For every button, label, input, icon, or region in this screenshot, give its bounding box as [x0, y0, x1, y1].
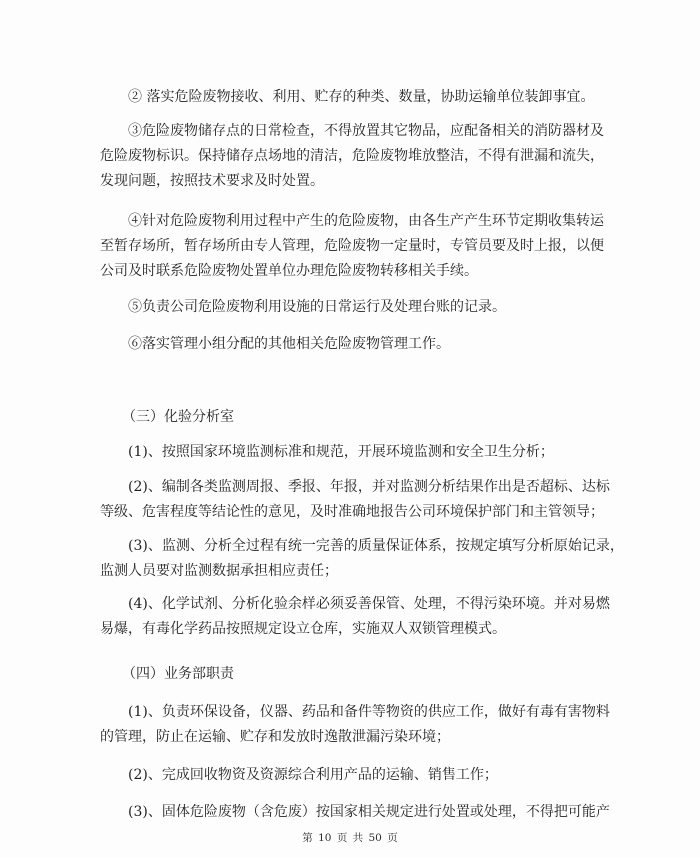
page-number-footer: 第 10 页 共 50 页 — [0, 830, 700, 846]
text-line: ⑤负责公司危险废物利用设施的日常运行及处理台账的记录。 — [100, 295, 597, 320]
section-heading-lab: （三）化验分析室 — [122, 405, 234, 430]
text-line: (3)、监测、分析全过程有统一完善的质量保证体系，按规定填写分析原始记录， — [100, 534, 597, 559]
text-line: 发现问题，按照技术要求及时处置。 — [100, 169, 597, 194]
text-line: (2)、完成回收物资及资源综合利用产品的运输、销售工作； — [100, 763, 597, 788]
text-line: ⑥落实管理小组分配的其他相关危险废物管理工作。 — [100, 332, 597, 357]
text-line: (2)、编制各类监测周报、季报、年报，并对监测分析结果作出是否超标、达标 — [100, 475, 597, 500]
paragraph-item-4: ④针对危险废物利用过程中产生的危险废物，由各生产产生环节定期收集转运 至暂存场所… — [100, 209, 597, 284]
section4-item-1: (1)、负责环保设备，仪器、药品和备件等物资的供应工作，做好有毒有害物料 的管理… — [100, 700, 597, 750]
section3-item-3: (3)、监测、分析全过程有统一完善的质量保证体系，按规定填写分析原始记录， 监测… — [100, 534, 597, 584]
text-line: (1)、按照国家环境监测标准和规范，开展环境监测和安全卫生分析； — [100, 440, 597, 465]
text-line: 监测人员要对监测数据承担相应责任； — [100, 559, 597, 584]
text-line: 等级、危害程度等结论性的意见，及时准确地报告公司环境保护部门和主管领导； — [100, 500, 597, 525]
text-line: ④针对危险废物利用过程中产生的危险废物，由各生产产生环节定期收集转运 — [100, 209, 597, 234]
document-page: ② 落实危险废物接收、利用、贮存的种类、数量，协助运输单位装卸事宜。 ③危险废物… — [0, 0, 700, 857]
text-line: ② 落实危险废物接收、利用、贮存的种类、数量，协助运输单位装卸事宜。 — [100, 85, 597, 110]
paragraph-item-3: ③危险废物储存点的日常检查，不得放置其它物品，应配备相关的消防器材及 危险废物标… — [100, 119, 597, 194]
paragraph-item-5: ⑤负责公司危险废物利用设施的日常运行及处理台账的记录。 — [100, 295, 597, 320]
text-line: 的管理，防止在运输、贮存和发放时逸散泄漏污染环境； — [100, 725, 597, 750]
text-line: 易爆，有毒化学药品按照规定设立仓库，实施双人双锁管理模式。 — [100, 617, 597, 642]
text-line: 危险废物标识。保持储存点场地的清洁，危险废物堆放整洁，不得有泄漏和流失， — [100, 144, 597, 169]
section3-item-1: (1)、按照国家环境监测标准和规范，开展环境监测和安全卫生分析； — [100, 440, 597, 465]
text-line: 至暂存场所，暂存场所由专人管理，危险废物一定量时，专管员要及时上报，以便 — [100, 234, 597, 259]
text-line: 公司及时联系危险废物处置单位办理危险废物转移相关手续。 — [100, 259, 597, 284]
section3-item-2: (2)、编制各类监测周报、季报、年报，并对监测分析结果作出是否超标、达标 等级、… — [100, 475, 597, 525]
text-line: (3)、固体危险废物（含危废）按国家相关规定进行处置或处理，不得把可能产 — [100, 800, 597, 825]
text-line: (1)、负责环保设备，仪器、药品和备件等物资的供应工作，做好有毒有害物料 — [100, 700, 597, 725]
text-line: ③危险废物储存点的日常检查，不得放置其它物品，应配备相关的消防器材及 — [100, 119, 597, 144]
section3-item-4: (4)、化学试剂、分析化验余样必须妥善保管、处理，不得污染环境。并对易燃 易爆，… — [100, 592, 597, 642]
section-heading-business-dept: （四）业务部职责 — [122, 662, 234, 687]
section4-item-3: (3)、固体危险废物（含危废）按国家相关规定进行处置或处理，不得把可能产 — [100, 800, 597, 825]
paragraph-item-2: ② 落实危险废物接收、利用、贮存的种类、数量，协助运输单位装卸事宜。 — [100, 85, 597, 110]
text-line: (4)、化学试剂、分析化验余样必须妥善保管、处理，不得污染环境。并对易燃 — [100, 592, 597, 617]
section4-item-2: (2)、完成回收物资及资源综合利用产品的运输、销售工作； — [100, 763, 597, 788]
paragraph-item-6: ⑥落实管理小组分配的其他相关危险废物管理工作。 — [100, 332, 597, 357]
